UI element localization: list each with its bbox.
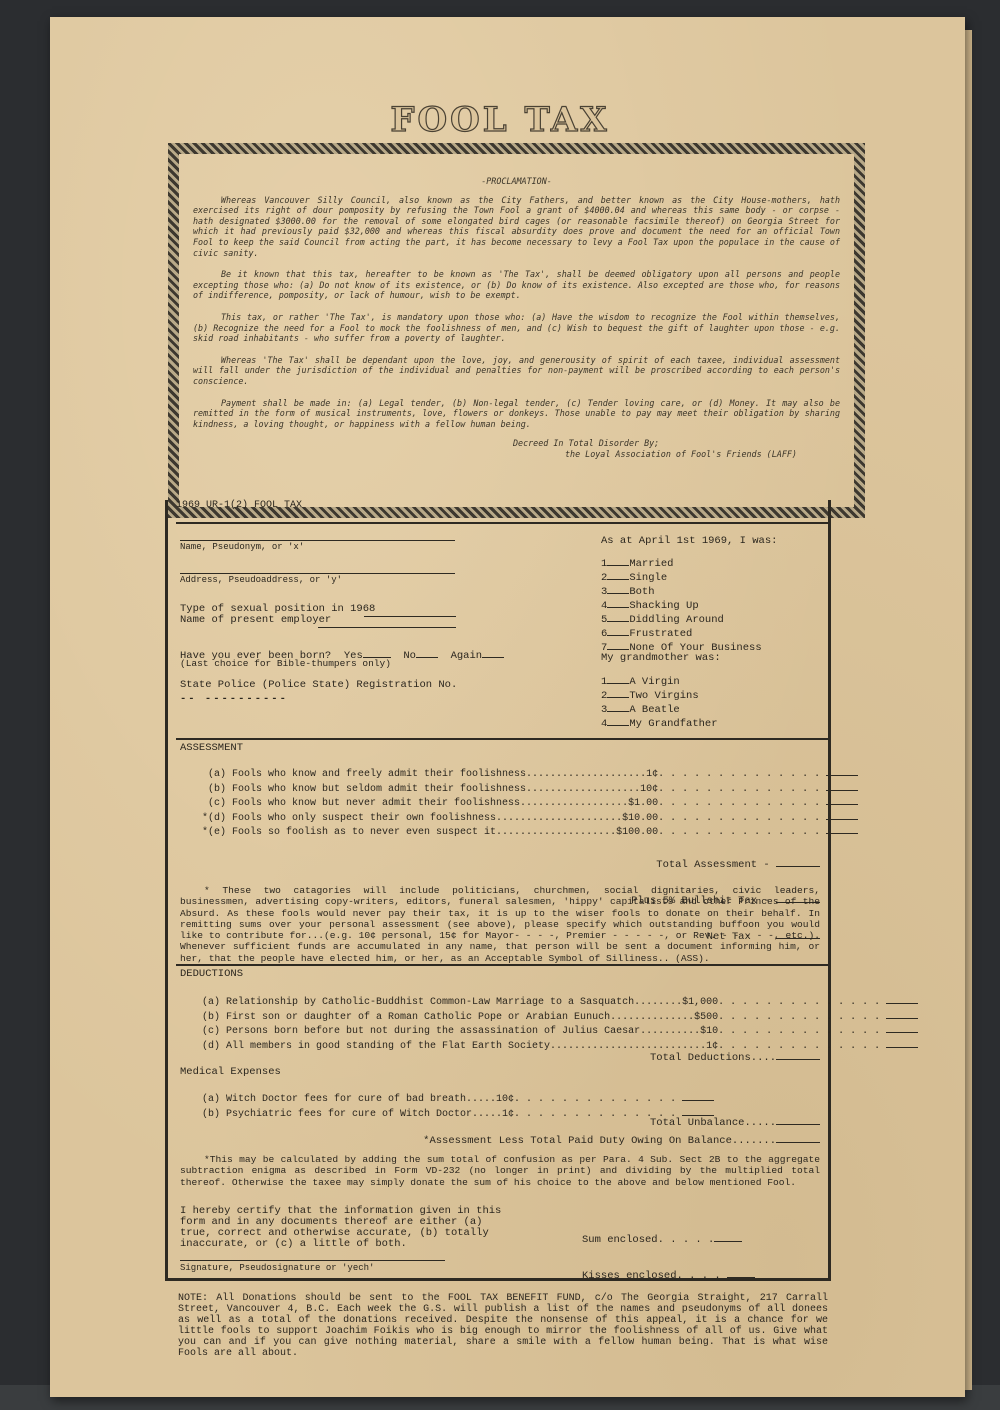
- line-item: (c) Fools who know but never admit their…: [202, 795, 827, 810]
- owing-balance: *Assessment Less Total Paid Duty Owing O…: [423, 1133, 820, 1147]
- enclosed-fields: Sum enclosed. . . . . Kisses enclosed. .…: [582, 1210, 755, 1304]
- proclamation-text: -PROCLAMATION- Whereas Vancouver Silly C…: [193, 176, 840, 459]
- amount-input[interactable]: [826, 795, 858, 805]
- grandmother-option[interactable]: 1A Virgin: [601, 674, 718, 688]
- checkbox-blank[interactable]: [607, 612, 629, 622]
- page-title: FOOL TAX: [0, 100, 1000, 140]
- marital-option[interactable]: 1Married: [601, 556, 762, 570]
- checkbox-blank[interactable]: [607, 640, 629, 650]
- proclamation-paragraph: Be it known that this tax, hereafter to …: [193, 269, 840, 301]
- deductions-heading: DEDUCTIONS: [180, 969, 243, 980]
- owing-footnote: *This may be calculated by adding the su…: [180, 1154, 820, 1188]
- marital-option[interactable]: 4Shacking Up: [601, 598, 762, 612]
- amount-input[interactable]: [826, 810, 858, 820]
- name-label: Name, Pseudonym, or 'x': [180, 542, 304, 553]
- line-item: (c) Persons born before but not during t…: [202, 1023, 827, 1038]
- grandmother-heading: My grandmother was:: [601, 653, 721, 664]
- amount-input[interactable]: [886, 1023, 918, 1033]
- employer-input[interactable]: [318, 627, 456, 628]
- assessment-heading: ASSESSMENT: [180, 743, 243, 754]
- proclamation-signature: Decreed In Total Disorder By; the Loyal …: [513, 438, 840, 459]
- line-item: (a) Fools who know and freely admit thei…: [202, 766, 827, 781]
- divider: [176, 964, 828, 966]
- employer-label: Name of present employer: [180, 615, 331, 626]
- owing-balance-input[interactable]: [776, 1133, 820, 1143]
- amount-input[interactable]: [826, 781, 858, 791]
- amount-input[interactable]: [886, 994, 918, 1004]
- proclamation-paragraph: This tax, or rather 'The Tax', is mandat…: [193, 312, 840, 344]
- born-again-checkbox[interactable]: [482, 648, 504, 658]
- name-input[interactable]: [180, 540, 455, 541]
- marital-heading: As at April 1st 1969, I was:: [601, 536, 777, 547]
- form-code: 1969 UR-1(2) FOOL TAX: [176, 500, 302, 511]
- checkbox-blank[interactable]: [607, 688, 629, 698]
- checkbox-blank[interactable]: [607, 626, 629, 636]
- amount-input[interactable]: [682, 1091, 714, 1101]
- assessment-items: (a) Fools who know and freely admit thei…: [202, 766, 827, 839]
- address-label: Address, Pseudoaddress, or 'y': [180, 575, 342, 586]
- amount-input[interactable]: [886, 1009, 918, 1019]
- certify-text: I hereby certify that the information gi…: [180, 1206, 510, 1250]
- donation-note: NOTE: All Donations should be sent to th…: [178, 1293, 828, 1359]
- medical-heading: Medical Expenses: [180, 1067, 281, 1078]
- checkbox-blank[interactable]: [607, 556, 629, 566]
- marital-options: 1Married2Single3Both4Shacking Up5Diddlin…: [601, 556, 762, 654]
- checkbox-blank[interactable]: [607, 570, 629, 580]
- line-item: (a) Witch Doctor fees for cure of bad br…: [202, 1091, 827, 1106]
- born-no-checkbox[interactable]: [416, 648, 438, 658]
- total-deductions: Total Deductions....: [650, 1050, 820, 1064]
- total-unbalance-input[interactable]: [776, 1115, 820, 1125]
- born-yes-checkbox[interactable]: [363, 648, 391, 658]
- amount-input[interactable]: [826, 766, 858, 776]
- grandmother-option[interactable]: 4My Grandfather: [601, 716, 718, 730]
- checkbox-blank[interactable]: [607, 716, 629, 726]
- marital-option[interactable]: 2Single: [601, 570, 762, 584]
- marital-option[interactable]: 5Diddling Around: [601, 612, 762, 626]
- grandmother-options: 1A Virgin2Two Virgins3A Beatle4My Grandf…: [601, 674, 718, 730]
- line-item: (b) Fools who know but seldom admit thei…: [202, 781, 827, 796]
- amount-input[interactable]: [826, 824, 858, 834]
- divider: [176, 738, 828, 740]
- proclamation-paragraph: Whereas 'The Tax' shall be dependant upo…: [193, 355, 840, 387]
- kisses-enclosed-input[interactable]: [727, 1268, 755, 1278]
- checkbox-blank[interactable]: [607, 702, 629, 712]
- marital-option[interactable]: 6Frustrated: [601, 626, 762, 640]
- checkbox-blank[interactable]: [607, 584, 629, 594]
- tax-form: 1969 UR-1(2) FOOL TAX Name, Pseudonym, o…: [165, 500, 831, 1281]
- checkbox-blank[interactable]: [607, 674, 629, 684]
- total-deductions-input[interactable]: [776, 1050, 820, 1060]
- sum-enclosed-input[interactable]: [714, 1232, 742, 1242]
- assessment-footnote: * These two catagories will include poli…: [180, 885, 820, 964]
- sexual-position-input[interactable]: [364, 616, 456, 617]
- amount-input[interactable]: [886, 1038, 918, 1048]
- marital-option[interactable]: 3Both: [601, 584, 762, 598]
- checkbox-blank[interactable]: [607, 598, 629, 608]
- proclamation-paragraph: Payment shall be made in: (a) Legal tend…: [193, 398, 840, 430]
- registration-input[interactable]: -- ----------: [180, 694, 288, 705]
- grandmother-option[interactable]: 2Two Virgins: [601, 688, 718, 702]
- signature-input[interactable]: [180, 1260, 445, 1261]
- line-item: *(d) Fools who only suspect their own fo…: [202, 810, 827, 825]
- total-assessment-input[interactable]: [776, 857, 820, 867]
- proclamation-heading: -PROCLAMATION-: [193, 176, 840, 187]
- line-item: (b) First son or daughter of a Roman Cat…: [202, 1009, 827, 1024]
- address-input[interactable]: [180, 573, 455, 574]
- registration-label: State Police (Police State) Registration…: [180, 680, 457, 691]
- line-item: (a) Relationship by Catholic-Buddhist Co…: [202, 994, 827, 1009]
- born-note: (Last choice for Bible-thumpers only): [180, 658, 391, 669]
- total-unbalance: Total Unbalance.....: [650, 1115, 820, 1129]
- proclamation-paragraph: Whereas Vancouver Silly Council, also kn…: [193, 195, 840, 259]
- proclamation-box: -PROCLAMATION- Whereas Vancouver Silly C…: [168, 143, 865, 518]
- divider: [176, 522, 828, 524]
- signature-label: Signature, Pseudosignature or 'yech': [180, 1263, 374, 1274]
- deductions-items: (a) Relationship by Catholic-Buddhist Co…: [202, 994, 827, 1052]
- grandmother-option[interactable]: 3A Beatle: [601, 702, 718, 716]
